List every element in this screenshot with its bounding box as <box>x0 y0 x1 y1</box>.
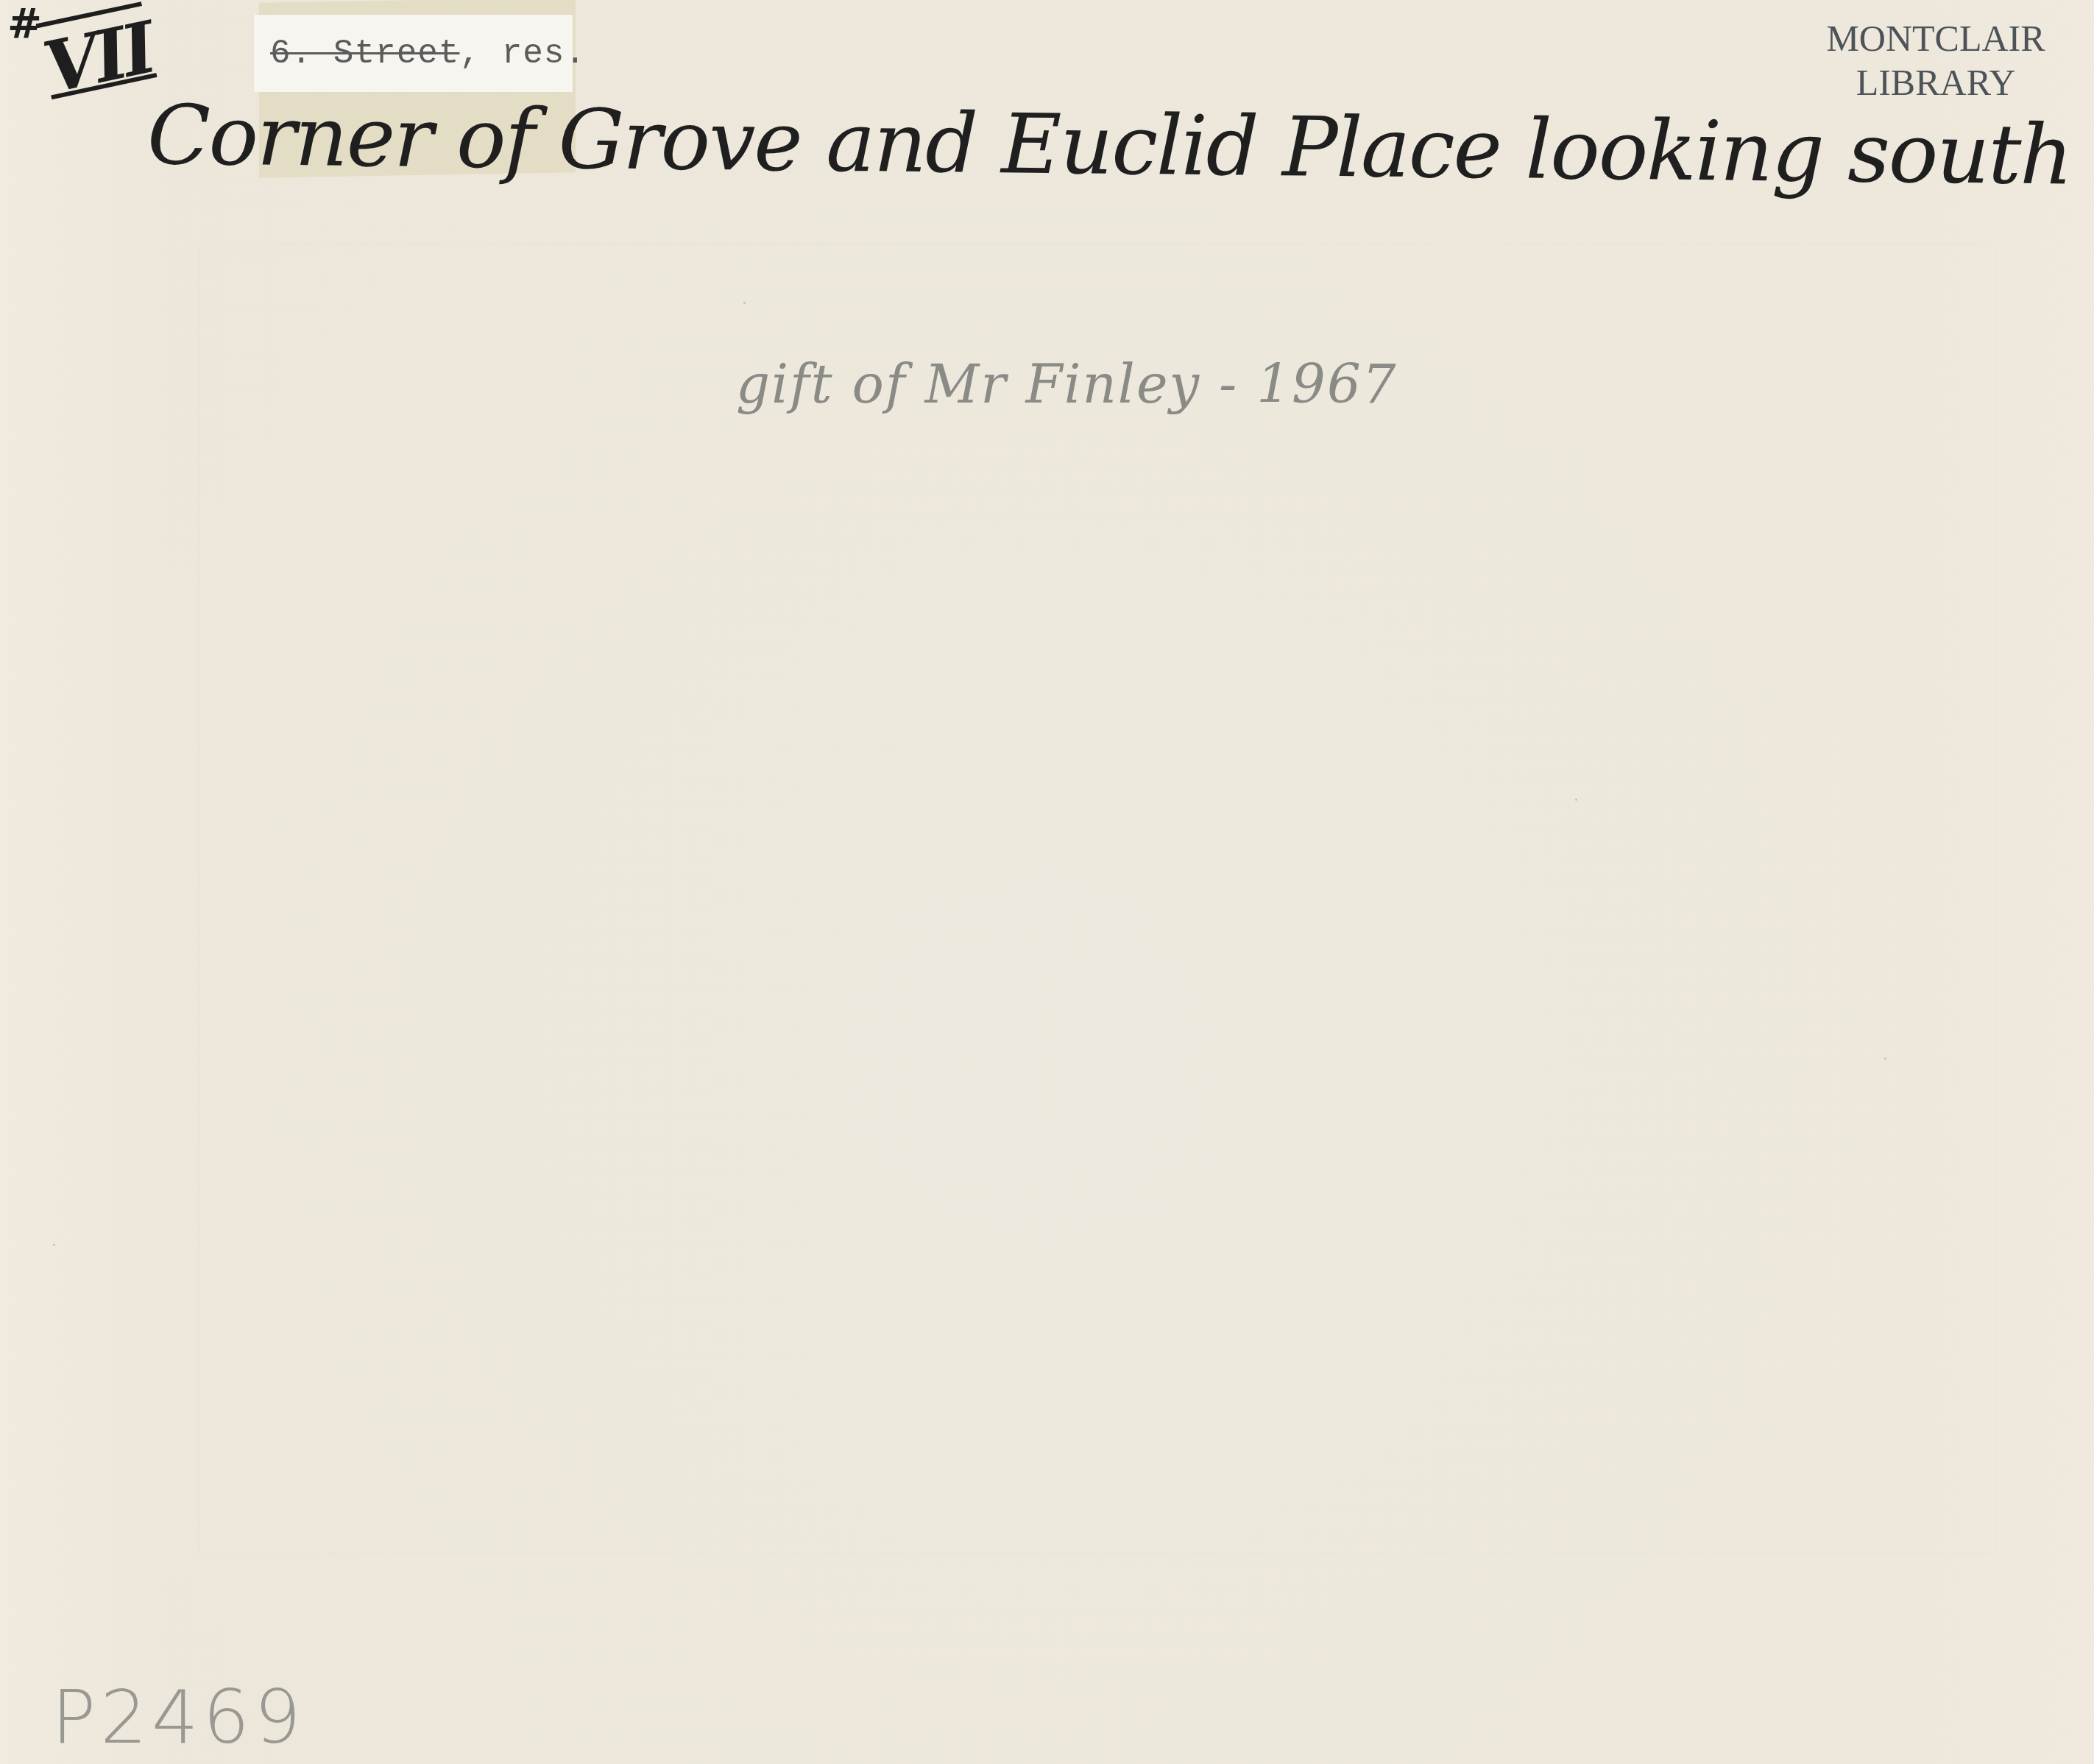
paper-speck <box>743 302 746 304</box>
typed-label: 6. Street, res. <box>254 15 573 92</box>
accession-number: P2469 <box>52 1674 305 1760</box>
stamp-line-1: MONTCLAIR <box>1818 16 2054 60</box>
stamp-line-2: LIBRARY <box>1818 60 2054 105</box>
typed-label-text: 6. Street, res. <box>270 35 586 73</box>
struck-text: 6. Street <box>270 35 459 73</box>
label-suffix: , res. <box>459 35 586 73</box>
paper-speck <box>53 1244 55 1246</box>
paper-speck <box>1884 1058 1886 1060</box>
handwritten-caption: Corner of Grove and Euclid Place looking… <box>146 88 1693 199</box>
paper-speck <box>1575 798 1577 801</box>
library-stamp: MONTCLAIR LIBRARY <box>1818 16 2054 105</box>
hash-mark: # <box>7 0 42 49</box>
mount-border <box>199 243 1996 1554</box>
provenance-note: gift of Mr Finley - 1967 <box>736 353 1398 415</box>
